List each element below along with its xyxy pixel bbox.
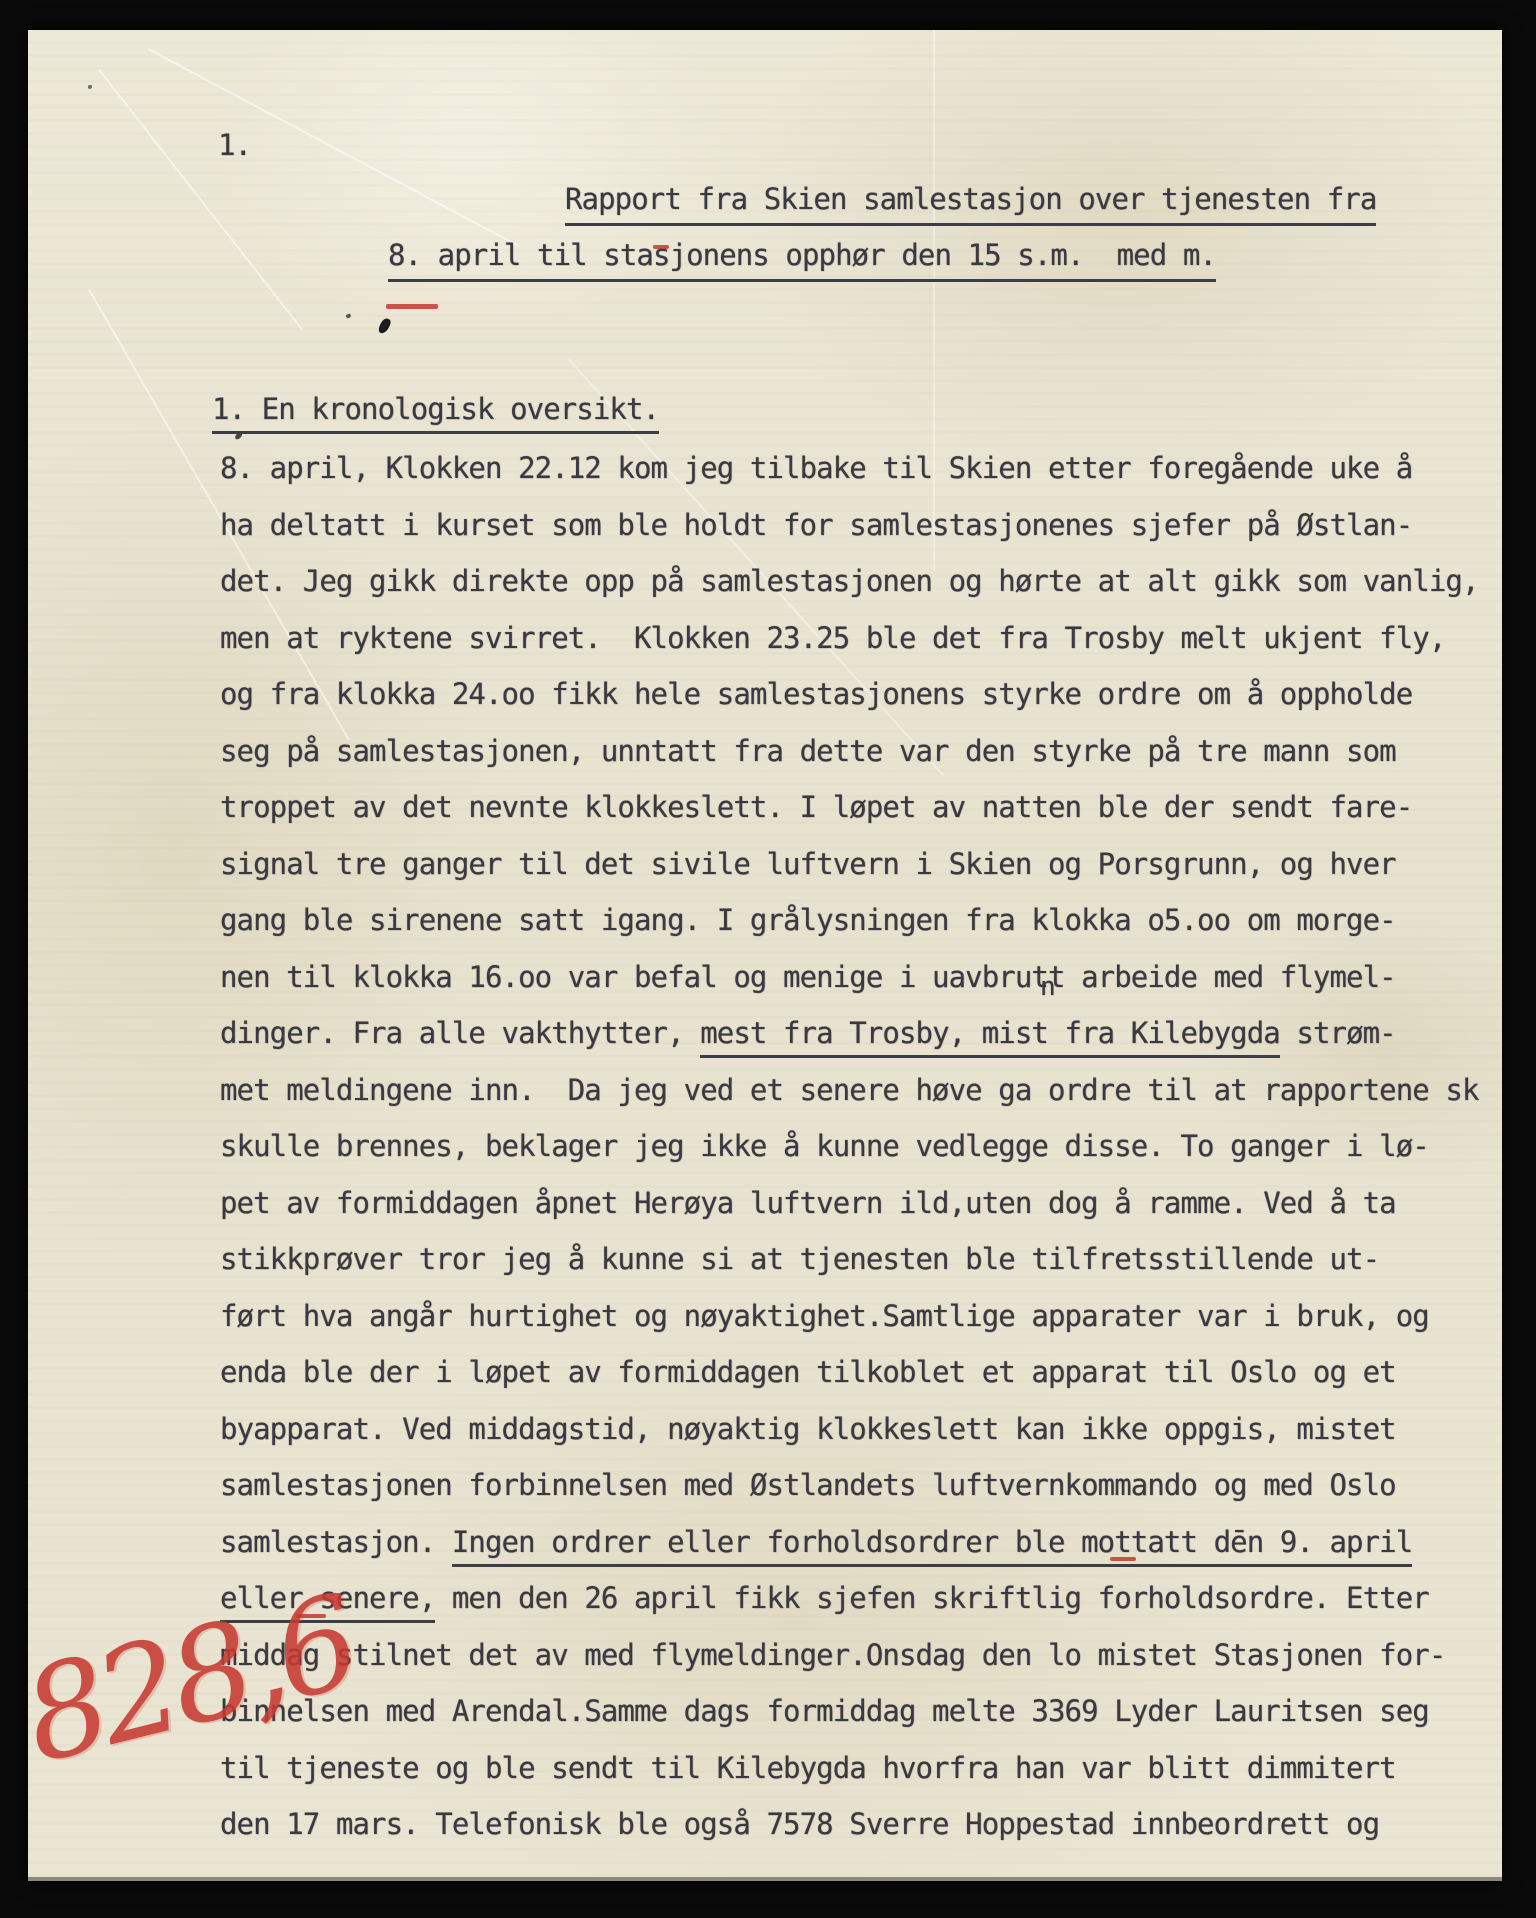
text-segment: troppet av det nevnte klokkeslett. I løp… bbox=[220, 790, 1412, 824]
text-segment: ha deltatt i kurset som ble holdt for sa… bbox=[220, 508, 1412, 542]
text-segment: ført hva angår hurtighet og nøyaktighet.… bbox=[220, 1299, 1429, 1333]
text-segment: dinger. Fra alle vakthytter, bbox=[220, 1016, 700, 1050]
text-line: ført hva angår hurtighet og nøyaktighet.… bbox=[220, 1288, 1479, 1345]
ink-speck bbox=[345, 313, 351, 318]
text-line: skulle brennes, beklager jeg ikke å kunn… bbox=[220, 1118, 1479, 1175]
text-line: ha deltatt i kurset som ble holdt for sa… bbox=[220, 497, 1479, 554]
text-segment: til tjeneste og ble sendt til Kilebygda … bbox=[220, 1751, 1396, 1785]
red-underline-mark bbox=[386, 304, 438, 309]
text-line: eller senere, men den 26 april fikk sjef… bbox=[220, 1570, 1479, 1627]
paper-crease bbox=[98, 69, 303, 330]
text-segment: binnelsen med Arendal.Samme dags formidd… bbox=[220, 1694, 1429, 1728]
text-segment: samlestasjon. bbox=[220, 1525, 452, 1559]
text-segment: pet av formiddagen åpnet Herøya luftvern… bbox=[220, 1186, 1396, 1220]
text-line: 8. april, Klokken 22.12 kom jeg tilbake … bbox=[220, 440, 1479, 497]
text-line: middag stilnet det av med flymeldinger.O… bbox=[220, 1627, 1479, 1684]
underlined-text-segment: Ingen ordrer eller forholdsordrer ble mo… bbox=[452, 1525, 1412, 1567]
text-line: samlestasjonen forbinnelsen med Østlande… bbox=[220, 1457, 1479, 1514]
text-line: dinger. Fra alle vakthytter, mest fra Tr… bbox=[220, 1005, 1479, 1062]
text-line: byapparat. Ved middagstid, nøyaktig klok… bbox=[220, 1401, 1479, 1458]
text-segment: signal tre ganger til det sivile luftver… bbox=[220, 847, 1396, 881]
text-line: til tjeneste og ble sendt til Kilebygda … bbox=[220, 1740, 1479, 1797]
ink-speck bbox=[377, 317, 392, 335]
text-segment: met meldingene inn. Da jeg ved et senere… bbox=[220, 1073, 1479, 1107]
text-line: binnelsen med Arendal.Samme dags formidd… bbox=[220, 1683, 1479, 1740]
text-line: samlestasjon. Ingen ordrer eller forhold… bbox=[220, 1514, 1479, 1571]
scan-background: 1. Rapport fra Skien samlestasjon over t… bbox=[0, 0, 1536, 1918]
text-segment: 8. april, Klokken 22.12 kom jeg tilbake … bbox=[220, 451, 1412, 485]
text-line: troppet av det nevnte klokkeslett. I løp… bbox=[220, 779, 1479, 836]
text-segment: byapparat. Ved middagstid, nøyaktig klok… bbox=[220, 1412, 1396, 1446]
report-title-line1: Rapport fra Skien samlestasjon over tjen… bbox=[565, 182, 1376, 226]
text-line: seg på samlestasjonen, unntatt fra dette… bbox=[220, 723, 1479, 780]
text-line: og fra klokka 24.oo fikk hele samlestasj… bbox=[220, 666, 1479, 723]
text-segment: skulle brennes, beklager jeg ikke å kunn… bbox=[220, 1129, 1429, 1163]
text-segment: seg på samlestasjonen, unntatt fra dette… bbox=[220, 734, 1396, 768]
red-underline-mark bbox=[1110, 1557, 1136, 1561]
text-segment: middag stilnet det av med flymeldinger.O… bbox=[220, 1638, 1445, 1672]
ink-speck bbox=[88, 85, 92, 89]
text-segment: stikkprøver tror jeg å kunne si at tjene… bbox=[220, 1242, 1379, 1276]
text-segment: strøm- bbox=[1280, 1016, 1396, 1050]
text-segment: og fra klokka 24.oo fikk hele samlestasj… bbox=[220, 677, 1412, 711]
text-line: det. Jeg gikk direkte opp på samlestasjo… bbox=[220, 553, 1479, 610]
paper-crease bbox=[148, 49, 520, 248]
text-line: men at ryktene svirret. Klokken 23.25 bl… bbox=[220, 610, 1479, 667]
text-segment: samlestasjonen forbinnelsen med Østlande… bbox=[220, 1468, 1396, 1502]
text-line: den 17 mars. Telefonisk ble også 7578 Sv… bbox=[220, 1796, 1479, 1853]
text-segment: gang ble sirenene satt igang. I grålysni… bbox=[220, 903, 1396, 937]
page-number: 1. bbox=[218, 128, 251, 162]
text-line: enda ble der i løpet av formiddagen tilk… bbox=[220, 1344, 1479, 1401]
text-segment: det. Jeg gikk direkte opp på samlestasjo… bbox=[220, 564, 1479, 598]
text-segment: men den 26 april fikk sjefen skriftlig f… bbox=[435, 1581, 1429, 1615]
text-segment: enda ble der i løpet av formiddagen tilk… bbox=[220, 1355, 1396, 1389]
red-underline-mark bbox=[653, 245, 669, 249]
report-title-line2: 8. april til stasjonens opphør den 15 s.… bbox=[388, 238, 1216, 282]
text-segment: nen til klokka 16.oo var befal og menige… bbox=[220, 960, 1396, 994]
typed-correction-n: n bbox=[1040, 972, 1055, 1002]
text-segment: den 17 mars. Telefonisk ble også 7578 Sv… bbox=[220, 1807, 1379, 1841]
typewritten-text-block: 8. april, Klokken 22.12 kom jeg tilbake … bbox=[220, 440, 1479, 1853]
document-page: 1. Rapport fra Skien samlestasjon over t… bbox=[28, 30, 1502, 1881]
text-segment: men at ryktene svirret. Klokken 23.25 bl… bbox=[220, 621, 1445, 655]
text-line: met meldingene inn. Da jeg ved et senere… bbox=[220, 1062, 1479, 1119]
text-line: nen til klokka 16.oo var befal og menige… bbox=[220, 949, 1479, 1006]
underlined-text-segment: mest fra Trosby, mist fra Kilebygda bbox=[700, 1016, 1280, 1058]
text-line: stikkprøver tror jeg å kunne si at tjene… bbox=[220, 1231, 1479, 1288]
text-line: signal tre ganger til det sivile luftver… bbox=[220, 836, 1479, 893]
text-line: pet av formiddagen åpnet Herøya luftvern… bbox=[220, 1175, 1479, 1232]
text-line: gang ble sirenene satt igang. I grålysni… bbox=[220, 892, 1479, 949]
section-heading: 1. En kronologisk oversikt. bbox=[212, 392, 659, 434]
